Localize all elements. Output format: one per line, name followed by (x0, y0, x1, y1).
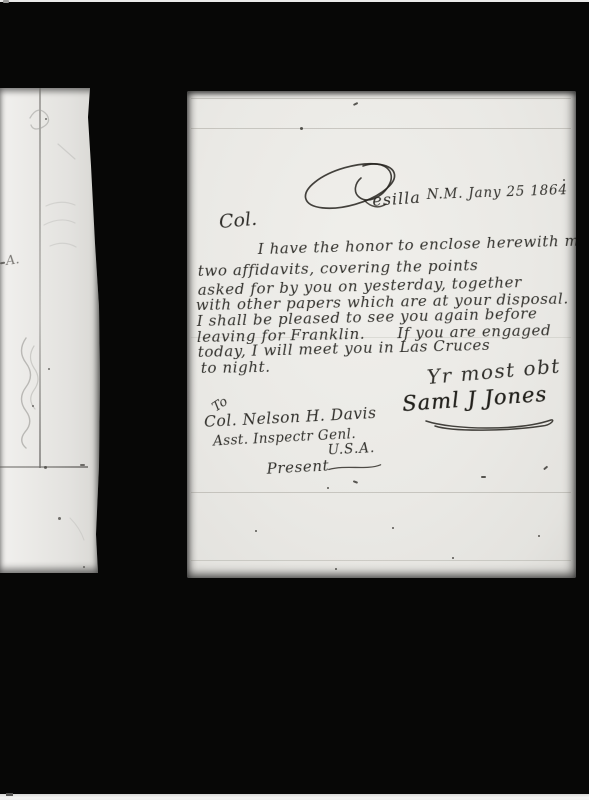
ink-speck (543, 466, 548, 470)
paper-rule-line (191, 560, 571, 561)
letter-page: esilla N.M. Jany 25 1864 Col. I have the… (187, 91, 576, 578)
body-line-1: I have the honor to enclose herewith my (258, 231, 576, 258)
paper-rule-line (191, 128, 571, 129)
ink-speck (327, 487, 329, 489)
delivery-flourish (326, 462, 384, 475)
ink-speck (48, 368, 50, 370)
ink-speck (538, 535, 540, 537)
body-line-8: to night. (201, 358, 271, 377)
address-org: U.S.A. (327, 440, 375, 458)
ink-speck (83, 566, 85, 568)
address-delivery: Present (266, 456, 329, 477)
scanner-bed-bottom-edge (0, 794, 589, 800)
ink-speck (58, 517, 61, 520)
scanned-document-view: A. esilla N.M. Jany 25 1864 Col. I (0, 0, 589, 800)
ink-speck (255, 530, 257, 532)
ink-speck (452, 557, 454, 559)
ink-speck (300, 127, 303, 130)
salutation: Col. (218, 208, 258, 233)
ink-speck (80, 464, 85, 466)
ink-speck (353, 102, 358, 105)
dateline-place-rest: esilla (372, 188, 422, 210)
paper-rule-line (191, 98, 571, 99)
adjacent-page-partial: A. (0, 88, 100, 573)
ink-speck (481, 476, 486, 478)
ink-speck (563, 179, 565, 181)
dateline-date: N.M. Jany 25 1864 (426, 182, 568, 203)
scanner-bed-top-edge (0, 0, 589, 2)
address-block: To Col. Nelson H. Davis Asst. Inspectr G… (203, 388, 448, 495)
ink-speck (335, 568, 337, 570)
ink-speck (32, 405, 34, 407)
faint-margin-mark: A. (5, 252, 20, 269)
scanner-edge-mark (3, 0, 9, 3)
ink-speck (44, 466, 47, 469)
ink-speck (392, 527, 394, 529)
ghost-writing-marks (0, 88, 100, 573)
ink-speck (45, 118, 47, 120)
scanner-edge-notch (6, 793, 13, 796)
